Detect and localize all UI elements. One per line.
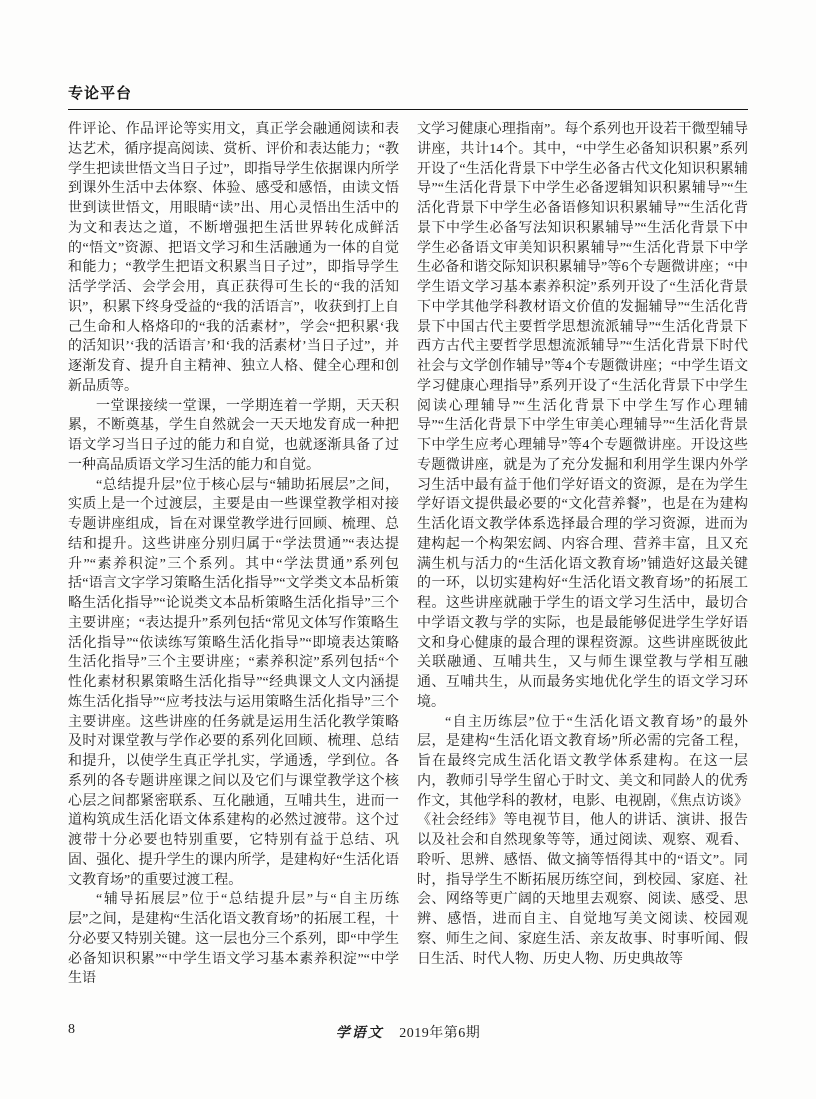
page-footer: 8 学语文 2019年第6期: [68, 1022, 748, 1044]
body-paragraph: “辅导拓展层”位于“总结提升层”与“自主历练层”之间，是建构“生活化语文教育场”…: [68, 890, 399, 989]
issue-label: 2019年第6期: [399, 1026, 480, 1041]
section-header: 专论平台: [68, 82, 748, 110]
journal-page: 专论平台 件评论、作品评论等实用文，真正学会融通阅读和表达艺术，循序提高阅读、赏…: [0, 0, 816, 1099]
header-rule: [68, 109, 748, 110]
body-paragraph: “总结提升层”位于核心层与“辅助拓展层”之间，实质上是一个过渡层，主要是由一些课…: [68, 476, 399, 891]
body-paragraph: 件评论、作品评论等实用文，真正学会融通阅读和表达艺术，循序提高阅读、赏析、评价和…: [68, 120, 399, 397]
body-paragraph: 文学习健康心理指南”。每个系列也开设若干微型辅导讲座，共计14个。其中，“中学生…: [417, 120, 748, 713]
journal-title: 学语文: [336, 1026, 384, 1041]
right-column: 文学习健康心理指南”。每个系列也开设若干微型辅导讲座，共计14个。其中，“中学生…: [417, 120, 748, 1020]
text-columns: 件评论、作品评论等实用文，真正学会融通阅读和表达艺术，循序提高阅读、赏析、评价和…: [68, 120, 748, 1020]
left-column: 件评论、作品评论等实用文，真正学会融通阅读和表达艺术，循序提高阅读、赏析、评价和…: [68, 120, 399, 1020]
body-paragraph: 一堂课接续一堂课，一学期连着一学期，天天积累，不断奠基，学生自然就会一天天地发育…: [68, 397, 399, 476]
body-paragraph: “自主历练层”位于“生活化语文教育场”的最外层，是建构“生活化语文教育场”所必需…: [417, 713, 748, 970]
section-label: 专论平台: [68, 82, 748, 103]
footer-center: 学语文 2019年第6期: [68, 1022, 748, 1042]
